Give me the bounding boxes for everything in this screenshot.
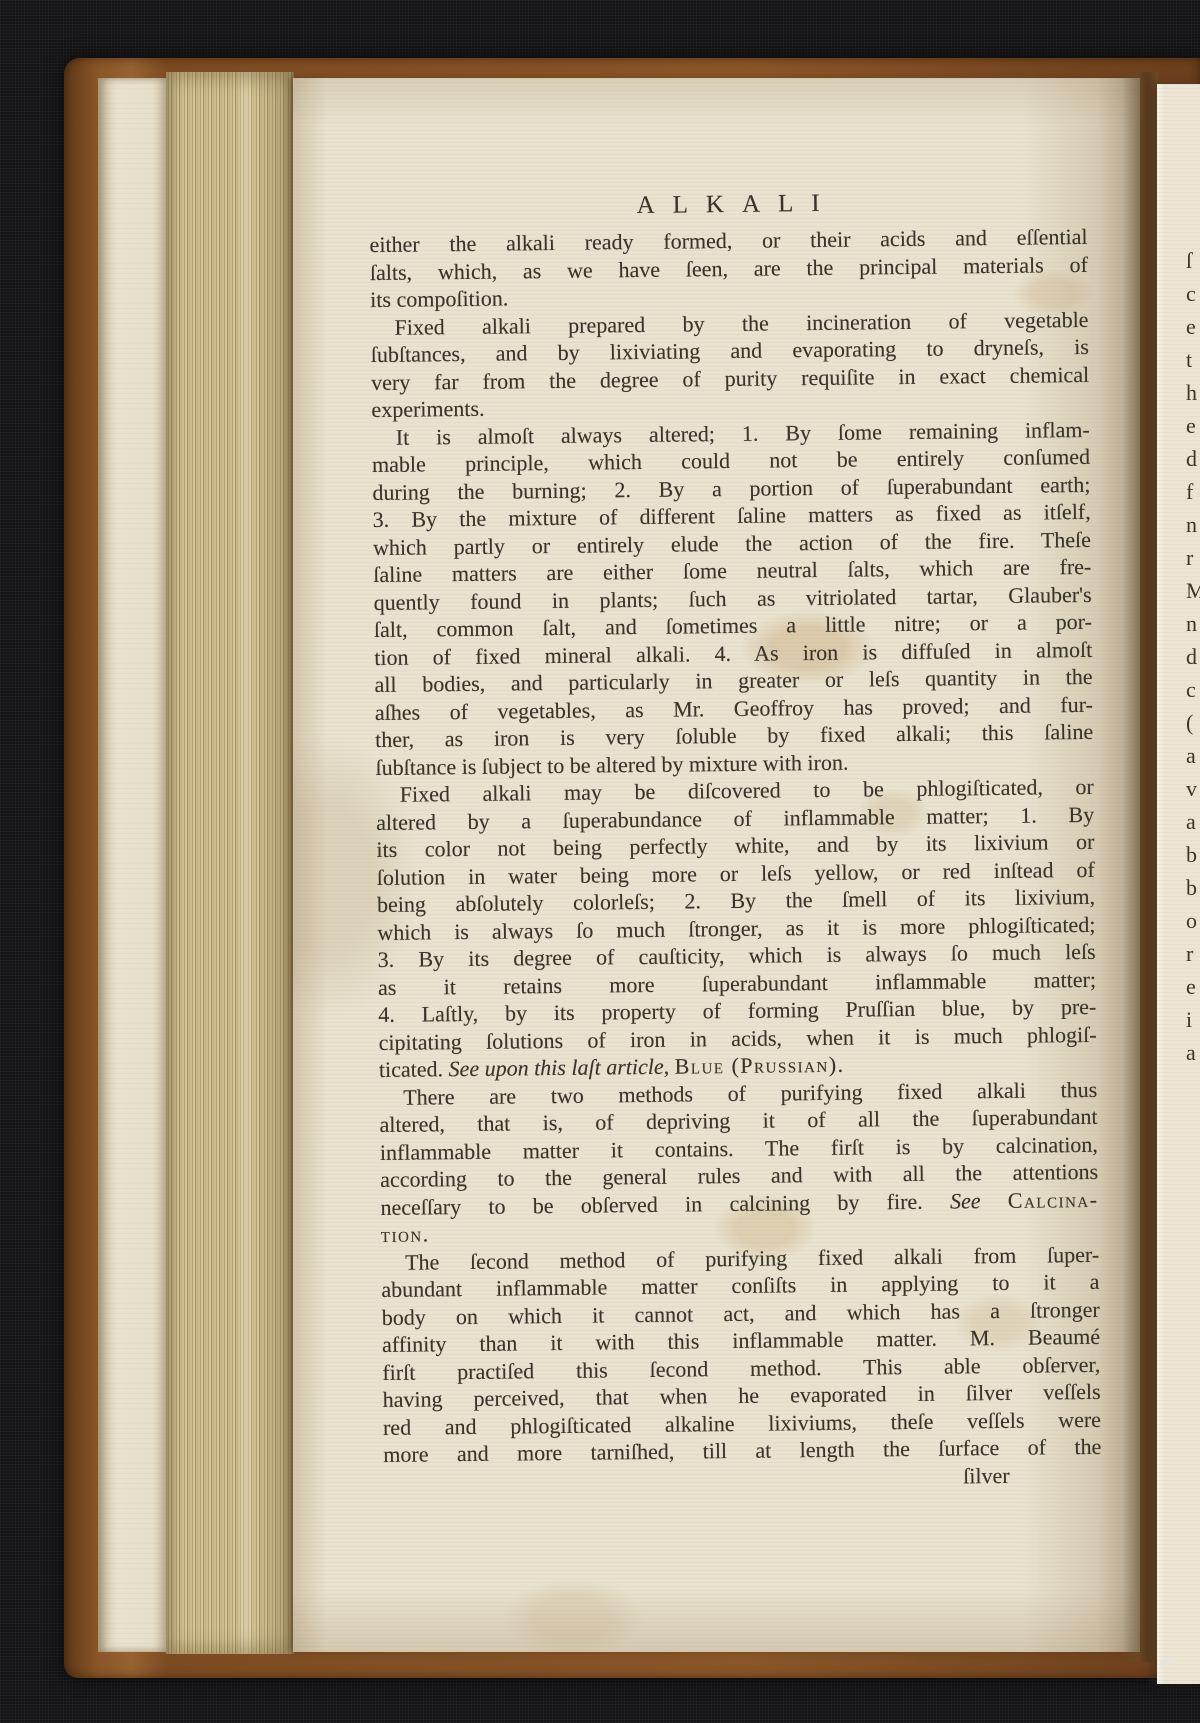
clipped-letter: c [1186, 277, 1200, 310]
clipped-letter: n [1186, 607, 1200, 640]
clipped-letter: M [1186, 574, 1200, 607]
clipped-letter: f [1186, 475, 1200, 508]
clipped-letter: ( [1186, 706, 1200, 739]
clipped-letter: d [1186, 442, 1200, 475]
fanned-page-edges [166, 72, 294, 1654]
clipped-letter: v [1186, 772, 1200, 805]
italic-cross-reference: See [950, 1187, 1008, 1213]
gutter-shadow [1122, 72, 1158, 1662]
small-caps-reference: Blue (Prussian). [675, 1052, 845, 1079]
clipped-letter: e [1186, 970, 1200, 1003]
text-segment: ticated. [379, 1056, 449, 1082]
page-header-word: ALKALI [369, 186, 1087, 224]
clipped-letter: o [1186, 904, 1200, 937]
clipped-letter: a [1186, 805, 1200, 838]
adjacent-page-sliver: ſcethedfnrMndc(avabboreia [1157, 84, 1200, 1684]
text-lines: either the alkali ready formed, or their… [369, 223, 1101, 1496]
clipped-letter: a [1186, 1036, 1200, 1069]
clipped-letter: ſ [1186, 244, 1200, 277]
flyleaf-page-edge [98, 78, 166, 1652]
clipped-letter: r [1186, 541, 1200, 574]
adjacent-page-text-fragments: ſcethedfnrMndc(avabboreia [1186, 244, 1200, 1069]
book-page: ALKALI either the alkali ready formed, o… [293, 78, 1140, 1652]
text-segment: , [664, 1054, 675, 1079]
clipped-letter: i [1186, 1003, 1200, 1036]
clipped-letter: d [1186, 640, 1200, 673]
small-caps-reference: tion. [381, 1221, 430, 1247]
clipped-letter: c [1186, 673, 1200, 706]
clipped-letter: h [1186, 376, 1200, 409]
small-caps-reference: Calcina- [1008, 1186, 1099, 1212]
italic-cross-reference: See upon this laſt article [448, 1054, 663, 1081]
clipped-letter: r [1186, 937, 1200, 970]
photo-background: { "meta": { "description": "Photograph o… [0, 0, 1200, 1723]
text-segment: neceſſary to be obſerved in calcining by… [380, 1188, 950, 1219]
clipped-letter: n [1186, 508, 1200, 541]
clipped-letter: b [1186, 871, 1200, 904]
book-leather-binding: ALKALI either the alkali ready formed, o… [64, 58, 1200, 1678]
clipped-letter: e [1186, 409, 1200, 442]
clipped-letter: e [1186, 310, 1200, 343]
clipped-letter: b [1186, 838, 1200, 871]
clipped-letter: a [1186, 739, 1200, 772]
clipped-letter: t [1186, 343, 1200, 376]
printed-text-block: ALKALI either the alkali ready formed, o… [369, 186, 1102, 1496]
